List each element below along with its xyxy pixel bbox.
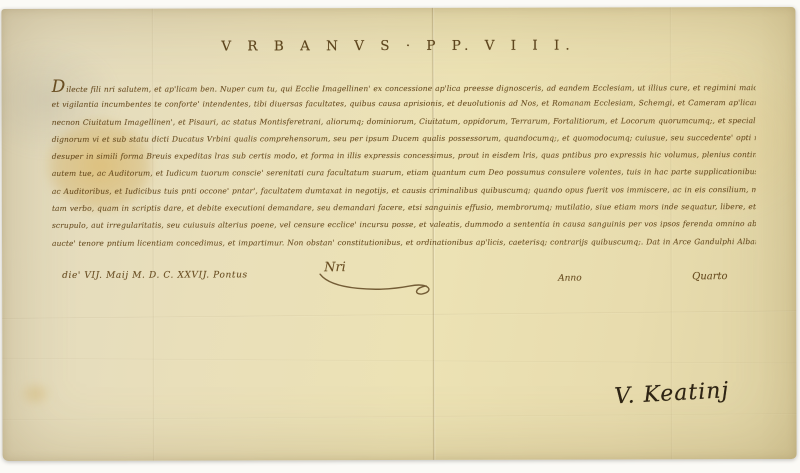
anno-word: Anno (558, 274, 582, 284)
horizontal-crease (2, 358, 796, 365)
parchment-sheet: V R B A N V S · P P. V I I I. Dilecte fi… (1, 7, 796, 461)
body-line: necnon Ciuitatum Imagellinen', et Pisaur… (52, 112, 756, 131)
body-text: Dilecte fili nri salutem, et ap'licam be… (52, 77, 756, 252)
nostri-flourish: Nri (324, 260, 346, 275)
body-line: dignorum vi et sub statu dicti Ducatus V… (52, 129, 756, 148)
horizontal-crease (2, 310, 796, 320)
body-line: scrupulo, aut irregularitatis, seu cuius… (52, 215, 756, 234)
body-line: desuper in simili forma Breuis expeditas… (52, 146, 756, 165)
horizontal-crease (2, 413, 796, 421)
document-heading: V R B A N V S · P P. V I I I. (1, 37, 795, 55)
body-line: et vigilantia incumbentes te conforte' i… (52, 94, 756, 113)
body-line: autem tue, ac Auditorum, et Iudicum tuor… (52, 164, 756, 183)
body-line: Dilecte fili nri salutem, et ap'licam be… (52, 77, 756, 96)
small-stain (18, 381, 52, 407)
body-line: tam verbo, quam in scriptis dare, et deb… (52, 198, 756, 217)
scanned-document-page: V R B A N V S · P P. V I I I. Dilecte fi… (0, 0, 800, 473)
date-line: die' VIJ. Maij M. D. C. XXVIJ. Pontus (62, 270, 248, 280)
signature: V. Keatinj (614, 378, 730, 409)
body-line: ac Auditoribus, et Iudicibus tuis pnti o… (52, 181, 756, 200)
quarto-word: Quarto (692, 271, 727, 282)
pen-flourish-swash (318, 270, 448, 298)
body-line: aucte' tenore pntium licentiam concedimu… (52, 233, 756, 252)
